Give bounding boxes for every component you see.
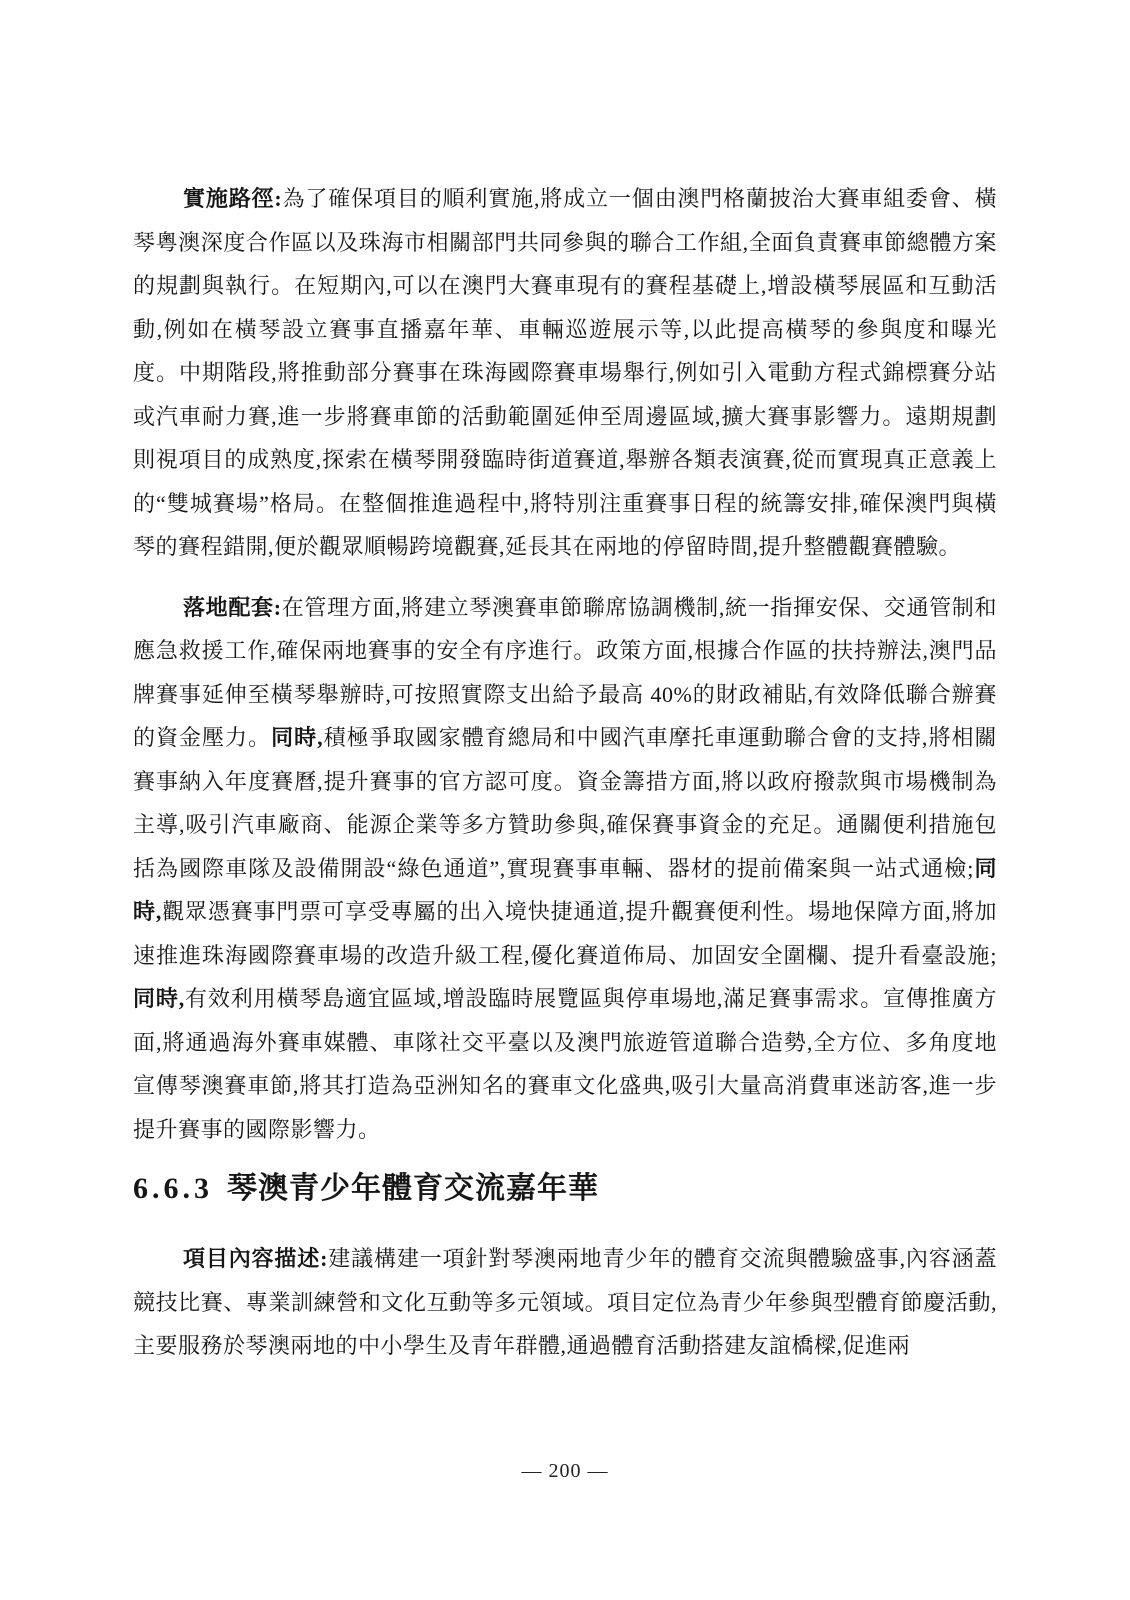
section-heading: 6.6.3琴澳青少年體育交流嘉年華 [133, 1168, 997, 1210]
run-landing-label: 落地配套: [183, 595, 282, 620]
section-title: 琴澳青少年體育交流嘉年華 [227, 1172, 599, 1205]
paragraph-landing-support: 落地配套:在管理方面,將建立琴澳賽車節聯席協調機制,統一指揮安保、交通管制和應急… [133, 586, 997, 1152]
document-page: 實施路徑:為了確保項目的順利實施,將成立一個由澳門格蘭披治大賽車組委會、橫琴粵澳… [0, 0, 1130, 1600]
paragraph-project-description: 項目內容描述:建議構建一項針對琴澳兩地青少年的體育交流與體驗盛事,內容涵蓋競技比… [133, 1237, 997, 1368]
run-implementation-label: 實施路徑: [183, 186, 282, 211]
section-number: 6.6.3 [133, 1172, 213, 1205]
document-body: 實施路徑:為了確保項目的順利實施,將成立一個由澳門格蘭披治大賽車組委會、橫琴粵澳… [133, 177, 997, 1385]
run-implementation-body: 為了確保項目的順利實施,將成立一個由澳門格蘭披治大賽車組委會、橫琴粵澳深度合作區… [133, 186, 997, 559]
run-landing-seg4: 有效利用橫琴島適宜區域,增設臨時展覽區與停車場地,滿足賽事需求。宣傳推廣方面,將… [133, 986, 997, 1142]
run-landing-seg3: 觀眾憑賽事門票可享受專屬的出入境快捷通道,提升觀賽便利性。場地保障方面,將加速推… [133, 899, 997, 968]
page-footer: — 200 — [0, 1460, 1130, 1483]
run-landing-bold3: 同時, [133, 986, 185, 1011]
run-landing-bold1: 同時, [271, 725, 323, 750]
paragraph-implementation-path: 實施路徑:為了確保項目的順利實施,將成立一個由澳門格蘭披治大賽車組委會、橫琴粵澳… [133, 177, 997, 569]
page-number: — 200 — [522, 1460, 609, 1482]
run-project-label: 項目內容描述: [183, 1246, 328, 1271]
